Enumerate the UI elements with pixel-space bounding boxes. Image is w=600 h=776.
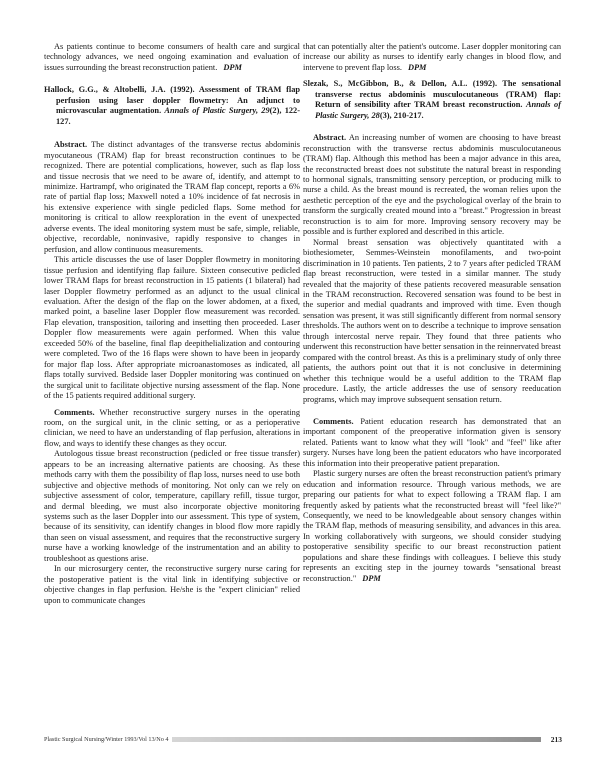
right-column: that can potentially alter the patient's… bbox=[303, 42, 561, 584]
page-footer: Plastic Surgical Nursing/Winter 1993/Vol… bbox=[44, 733, 574, 745]
continuation-paragraph: that can potentially alter the patient's… bbox=[303, 42, 561, 73]
left-column: As patients continue to become consumers… bbox=[44, 42, 300, 606]
intro-paragraph: As patients continue to become consumers… bbox=[44, 42, 300, 73]
abstract-paragraph-2: Normal breast sensation was objectively … bbox=[303, 238, 561, 405]
comments-paragraph: Comments. Whether reconstructive surgery… bbox=[44, 408, 300, 450]
reference-citation: Slezak, S., McGibbon, B., & Dellon, A.L.… bbox=[303, 79, 561, 121]
abstract-paragraph-2: This article discusses the use of laser … bbox=[44, 255, 300, 401]
comments-label: Comments. bbox=[54, 408, 95, 417]
author-signature: DPM bbox=[362, 574, 381, 583]
comments-paragraph-2: Autologous tissue breast reconstruction … bbox=[44, 449, 300, 564]
footer-gradient-bar bbox=[172, 737, 540, 742]
page-number: 213 bbox=[551, 735, 562, 744]
abstract-paragraph: Abstract. An increasing number of women … bbox=[303, 133, 561, 238]
comments-paragraph-2: Plastic surgery nurses are often the bre… bbox=[303, 469, 561, 584]
abstract-paragraph: Abstract. The distinct advantages of the… bbox=[44, 140, 300, 255]
comments-label: Comments. bbox=[313, 417, 354, 426]
comments-paragraph-3: In our microsurgery center, the reconstr… bbox=[44, 564, 300, 606]
abstract-label: Abstract. bbox=[313, 133, 346, 142]
comments-paragraph: Comments. Patient education research has… bbox=[303, 417, 561, 469]
author-signature: DPM bbox=[408, 63, 427, 72]
journal-source: Plastic Surgical Nursing/Winter 1993/Vol… bbox=[44, 736, 168, 743]
reference-citation: Hallock, G.G., & Altobelli, J.A. (1992).… bbox=[44, 85, 300, 127]
author-signature: DPM bbox=[223, 63, 242, 72]
abstract-label: Abstract. bbox=[54, 140, 87, 149]
